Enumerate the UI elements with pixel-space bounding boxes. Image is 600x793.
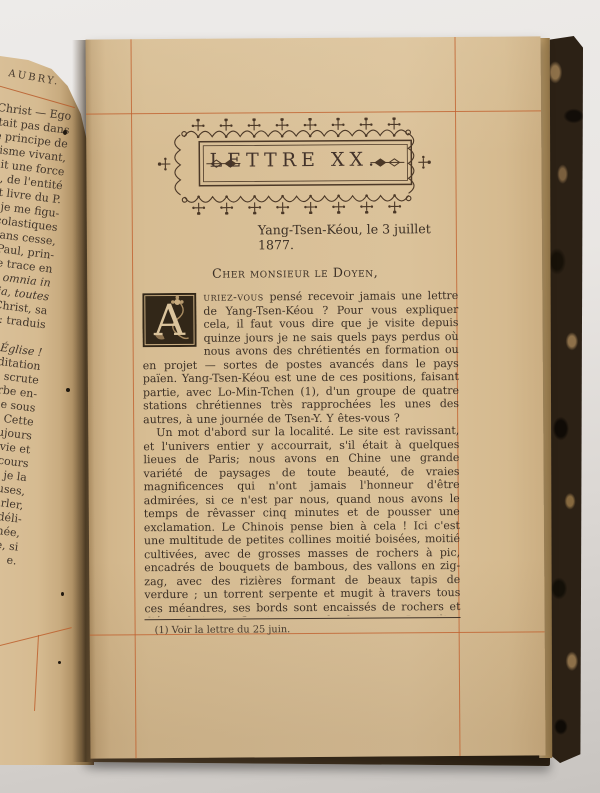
- left-page-frame-rule-vertical: [34, 635, 39, 711]
- paper-speck: [66, 388, 70, 392]
- book-photo: AUBRY. sus-Christ — Egon'était pas dansm…: [0, 0, 600, 793]
- left-page-text: sus-Christ — Egon'était pas dansmple pri…: [0, 83, 72, 569]
- letter-headpiece: LETTRE XX.: [144, 117, 445, 215]
- page-frame-rule-left: [130, 39, 136, 758]
- letter-body: A uriez-vous pensé recevoir jamais une l…: [142, 289, 460, 617]
- left-page-frame-rule-horizontal: [0, 627, 72, 647]
- paragraph2-text: Un mot d'abord sur la localité. Le site …: [143, 424, 460, 617]
- letter-paragraph-2: Un mot d'abord sur la localité. Le site …: [143, 424, 460, 617]
- left-page-running-header: AUBRY.: [1, 67, 60, 88]
- dropcap-letter: A: [142, 296, 196, 346]
- paper-speck: [61, 592, 64, 596]
- paper-speck: [58, 661, 61, 664]
- letter-title: LETTRE XX.: [144, 148, 444, 172]
- letter-paragraph-1: A uriez-vous pensé recevoir jamais une l…: [142, 289, 459, 426]
- letter-salutation: Cher monsieur le Doyen,: [142, 264, 458, 281]
- right-page: LETTRE XX. Yang-Tsen-Kéou, le 3 juillet …: [85, 36, 545, 758]
- footnote-rule: [145, 617, 461, 620]
- footnote: (1) Voir la lettre du 25 juin.: [145, 623, 461, 636]
- letter-dateline: Yang-Tsen-Kéou, le 3 juillet 1877.: [142, 221, 458, 253]
- paragraph1-smallcaps: uriez-vous: [203, 290, 264, 303]
- page-frame-rule-top: [86, 110, 541, 114]
- dropcap-initial: A: [142, 293, 196, 347]
- paper-speck: [63, 130, 67, 135]
